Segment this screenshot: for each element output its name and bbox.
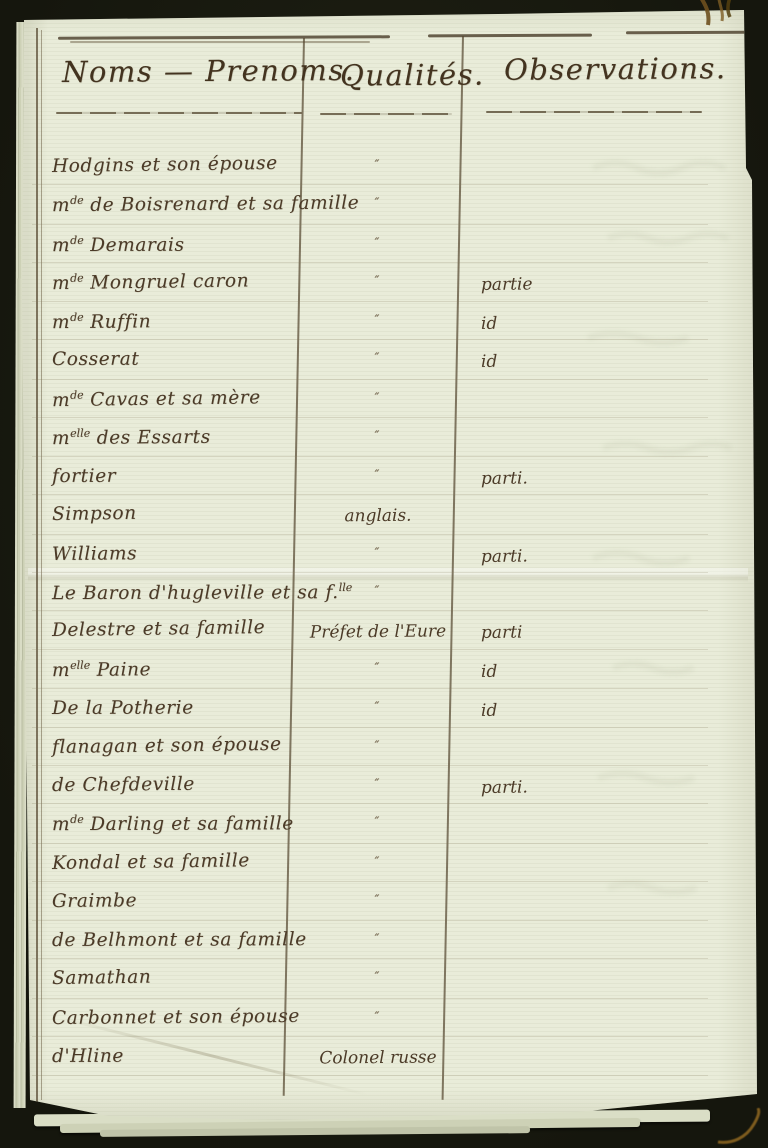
table-row: mde Ruffin″id (18, 307, 758, 345)
name-cell: mde Mongruel caron (52, 269, 312, 295)
name-cell: flanagan et son épouse (52, 733, 312, 758)
observation-cell (481, 854, 691, 856)
register-entries: Hodgins et son épouse″mde de Boisrenard … (18, 152, 758, 1081)
name-cell: Kondal et sa famille (52, 849, 312, 874)
name-cell: melle des Essarts (52, 425, 312, 449)
quality-cell: ″ (308, 235, 448, 251)
observation-cell: parti. (481, 545, 691, 567)
name-cell: Williams (52, 541, 312, 564)
observation-cell: id (481, 312, 691, 334)
quality-cell: ″ (308, 700, 448, 716)
quality-cell: ″ (308, 274, 448, 290)
observation-cell: parti (481, 621, 691, 643)
name-cell: Samathan (52, 965, 312, 990)
quality-cell: Colonel russe (308, 1048, 448, 1069)
name-cell: de Belhmont et sa famille (52, 929, 312, 951)
table-row: Kondal et sa famille″ (18, 849, 758, 887)
observation-cell: id (481, 350, 691, 372)
table-row: fortier″parti. (18, 462, 758, 500)
observation-cell: id (481, 699, 691, 721)
observation-cell: partie (481, 273, 691, 295)
table-top-border-line (58, 35, 390, 39)
quality-cell: ″ (308, 583, 448, 599)
observation-cell (481, 157, 691, 159)
table-row: Samathan″ (18, 964, 758, 1004)
observation-cell: id (481, 660, 691, 682)
quality-cell: ″ (308, 893, 448, 909)
quality-cell: ″ (308, 390, 448, 406)
table-row: de Belhmont et sa famille″ (18, 926, 758, 964)
observation-cell (481, 893, 691, 895)
quality-cell: ″ (308, 545, 448, 561)
observation-cell (481, 931, 691, 933)
scanned-document-background: { "document": { "kind": "handwritten led… (0, 0, 768, 1148)
table-row: flanagan et son épouse″ (18, 733, 758, 771)
observation-cell (481, 195, 691, 197)
table-row: Hodgins et son épouse″ (18, 152, 758, 190)
observation-cell (481, 815, 691, 817)
table-top-border-line (70, 41, 370, 43)
quality-cell: ″ (308, 429, 448, 445)
table-row: mde de Boisrenard et sa famille″ (18, 190, 758, 230)
table-top-border-line (428, 34, 592, 37)
name-cell: mde Demarais (52, 233, 312, 256)
quality-cell: ″ (308, 660, 448, 676)
page-curl (712, 1108, 768, 1148)
name-cell: Cosserat (52, 348, 312, 370)
column-header-observations: Observations. (504, 51, 727, 87)
name-cell: melle Paine (52, 656, 312, 680)
table-row: Simpsonanglais. (18, 500, 758, 540)
observation-cell (481, 969, 691, 971)
observation-cell: parti. (481, 467, 691, 489)
table-row: mde Demarais″ (18, 230, 758, 268)
table-row: Le Baron d'hugleville et sa f.lle″ (18, 578, 758, 616)
quality-cell: ″ (308, 854, 448, 870)
name-cell: De la Potherie (52, 697, 312, 719)
name-cell: mde Ruffin (52, 308, 312, 332)
quality-cell: ″ (308, 157, 448, 173)
table-row: Carbonnet et son épouse″ (18, 1004, 758, 1042)
name-cell: Hodgins et son épouse (52, 152, 312, 177)
name-cell: mde de Boisrenard et sa famille (52, 192, 312, 216)
quality-cell: ″ (308, 312, 448, 328)
document-page: Noms — Prenoms. Qualités. Observations. … (18, 8, 758, 1130)
binding-thread (688, 0, 758, 31)
quality-cell: ″ (308, 738, 448, 754)
header-underline (56, 112, 302, 114)
name-cell: Delestre et sa famille (52, 617, 312, 642)
observation-cell (481, 583, 691, 585)
observation-cell (481, 428, 691, 430)
observation-cell (481, 505, 691, 507)
quality-cell: ″ (308, 467, 448, 483)
table-row: Williams″parti. (18, 540, 758, 578)
observation-cell (481, 390, 691, 392)
observation-cell (481, 1009, 691, 1011)
quality-cell: ″ (308, 776, 448, 792)
column-header-qualites: Qualités. (340, 57, 485, 92)
table-row: de Chefdeville″parti. (18, 771, 758, 809)
table-row: Delestre et sa famillePréfet de l'Eurepa… (18, 616, 758, 654)
table-row: d'HlineColonel russe (18, 1042, 758, 1080)
table-row: Graimbe″ (18, 887, 758, 925)
table-row: De la Potherie″id (18, 694, 758, 732)
observation-cell (481, 235, 691, 237)
quality-cell: ″ (308, 815, 448, 831)
quality-cell: anglais. (308, 505, 448, 526)
table-row: mde Cavas et sa mère″ (18, 385, 758, 423)
name-cell: mde Cavas et sa mère (52, 385, 312, 411)
name-cell: Simpson (52, 500, 312, 525)
quality-cell: Préfet de l'Eure (308, 622, 448, 643)
observation-cell: parti. (481, 776, 691, 798)
name-cell: fortier (52, 465, 312, 487)
table-row: melle des Essarts″ (18, 423, 758, 461)
name-cell: de Chefdeville (52, 773, 312, 796)
column-header-noms-prenoms: Noms — Prenoms. (62, 53, 356, 89)
header-underline (320, 113, 452, 115)
table-top-border-line (626, 31, 746, 34)
name-cell: mde Darling et sa famille (52, 813, 312, 836)
table-row: Cosserat″id (18, 345, 758, 385)
table-row: melle Paine″id (18, 655, 758, 695)
name-cell: d'Hline (52, 1045, 312, 1067)
name-cell: Carbonnet et son épouse (52, 1006, 312, 1029)
quality-cell: ″ (308, 196, 448, 212)
table-row: mde Darling et sa famille″ (18, 809, 758, 849)
name-cell: Le Baron d'hugleville et sa f.lle (52, 581, 312, 604)
quality-cell: ″ (308, 931, 448, 947)
quality-cell: ″ (308, 970, 448, 986)
header-underline (486, 111, 702, 113)
name-cell: Graimbe (52, 889, 312, 912)
observation-cell (481, 1047, 691, 1049)
table-row: mde Mongruel caron″partie (18, 268, 758, 306)
quality-cell: ″ (308, 1009, 448, 1025)
quality-cell: ″ (308, 351, 448, 367)
observation-cell (481, 738, 691, 740)
